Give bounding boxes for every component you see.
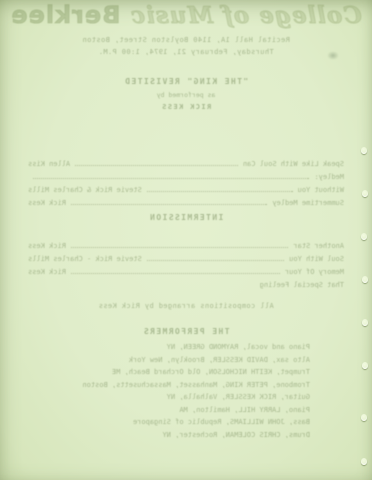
intermission-label: INTERMISSION	[0, 213, 372, 222]
dot-leader	[71, 246, 288, 248]
piece-title: That Special Feeling	[260, 281, 344, 289]
performer-line: Trombone, PETER KING, Manhasset, Massach…	[40, 379, 310, 392]
binder-hole	[361, 147, 367, 154]
piece-title: Summertime Medley	[272, 199, 344, 207]
piece-title: Medley:	[314, 173, 344, 181]
program-title: "THE KING" REVISITED	[0, 77, 372, 86]
piece-credit: Allen Kiss	[28, 160, 70, 168]
binder-hole	[362, 362, 368, 369]
venue-line: Recital Hall 1A, 1140 Boylston Street, B…	[0, 36, 372, 44]
performer-line: Piano and vocal, RAYMOND GREEN, NY	[40, 341, 310, 354]
piece-title: Soul With You	[289, 255, 344, 263]
program-artist: RICK KESS	[0, 103, 372, 111]
performer-line: Alto sax, DAVID KESSLER, Brooklyn, New Y…	[40, 354, 310, 367]
berklee-logo: College of Music Berklee	[0, 1, 372, 29]
dot-leader	[33, 177, 309, 179]
program-row: Without You Stevie Rick & Charles Mills	[28, 181, 344, 194]
performer-line: Drums, CHRIS COLEMAN, Rochester, NY	[40, 429, 310, 442]
binder-hole	[362, 319, 368, 326]
dot-leader	[147, 259, 284, 261]
piece-title: Another Star	[293, 242, 344, 250]
arranger-note: All compositions arranged by Rick Kess	[0, 302, 372, 310]
performer-line: Trumpet, KEITH NICHOLSON, Old Orchard Be…	[40, 366, 310, 379]
piece-credit: Stevie Rick & Charles Mills	[28, 186, 142, 194]
program-row: Summertime Medley Rick Kess	[28, 194, 344, 207]
piece-title: Memory Of Your	[285, 268, 344, 276]
piece-credit: Stevie Rick - Charles Mills	[28, 255, 142, 263]
piece-credit: Rick Kess	[28, 268, 66, 276]
piece-title: Speak Like With Soul Can	[243, 160, 344, 168]
binder-hole	[361, 414, 367, 421]
performers-heading: THE PERFORMERS	[0, 327, 372, 336]
pencil-smudge	[327, 51, 339, 60]
binder-hole	[361, 458, 367, 465]
scanned-page: College of Music Berklee Recital Hall 1A…	[0, 0, 372, 480]
binder-hole	[361, 233, 367, 240]
program-list-first-half: Speak Like With Soul Can Allen Kiss Medl…	[28, 155, 344, 207]
program-list-second-half: Another Star Rick Kess Soul With You Ste…	[28, 237, 344, 289]
program-subtitle: as performed by	[0, 91, 372, 99]
program-row: Soul With You Stevie Rick - Charles Mill…	[28, 250, 344, 263]
program-row: Memory Of Your Rick Kess	[28, 263, 344, 276]
date-line: Thursday, February 21, 1974, 1:00 P.M.	[0, 48, 372, 56]
performer-line: Bass, JOHN WILLIAMS, Republic of Singapo…	[40, 416, 310, 429]
piece-title: Without You	[298, 186, 344, 194]
bleed-through-layer: College of Music Berklee Recital Hall 1A…	[0, 0, 372, 480]
program-row: Speak Like With Soul Can Allen Kiss	[28, 155, 344, 168]
dot-leader	[71, 203, 267, 205]
logo-college-of-music: College of Music	[130, 2, 362, 29]
program-row: Another Star Rick Kess	[28, 237, 344, 250]
program-row: That Special Feeling	[28, 276, 344, 289]
piece-credit: Rick Kess	[28, 242, 66, 250]
dot-leader	[71, 272, 280, 274]
performers-list: Piano and vocal, RAYMOND GREEN, NY Alto …	[40, 341, 310, 441]
performer-line: Piano, LARRY HILL, Hamilton, MA	[40, 404, 310, 417]
binder-hole	[362, 276, 368, 283]
program-row: Medley:	[28, 168, 344, 181]
dot-leader	[147, 190, 293, 192]
piece-credit: Rick Kess	[28, 199, 66, 207]
dot-leader	[75, 164, 238, 166]
binder-hole	[362, 190, 368, 197]
performer-line: Guitar, RICK KESSLER, Valhalla, NY	[40, 391, 310, 404]
logo-berklee: Berklee	[10, 1, 120, 29]
